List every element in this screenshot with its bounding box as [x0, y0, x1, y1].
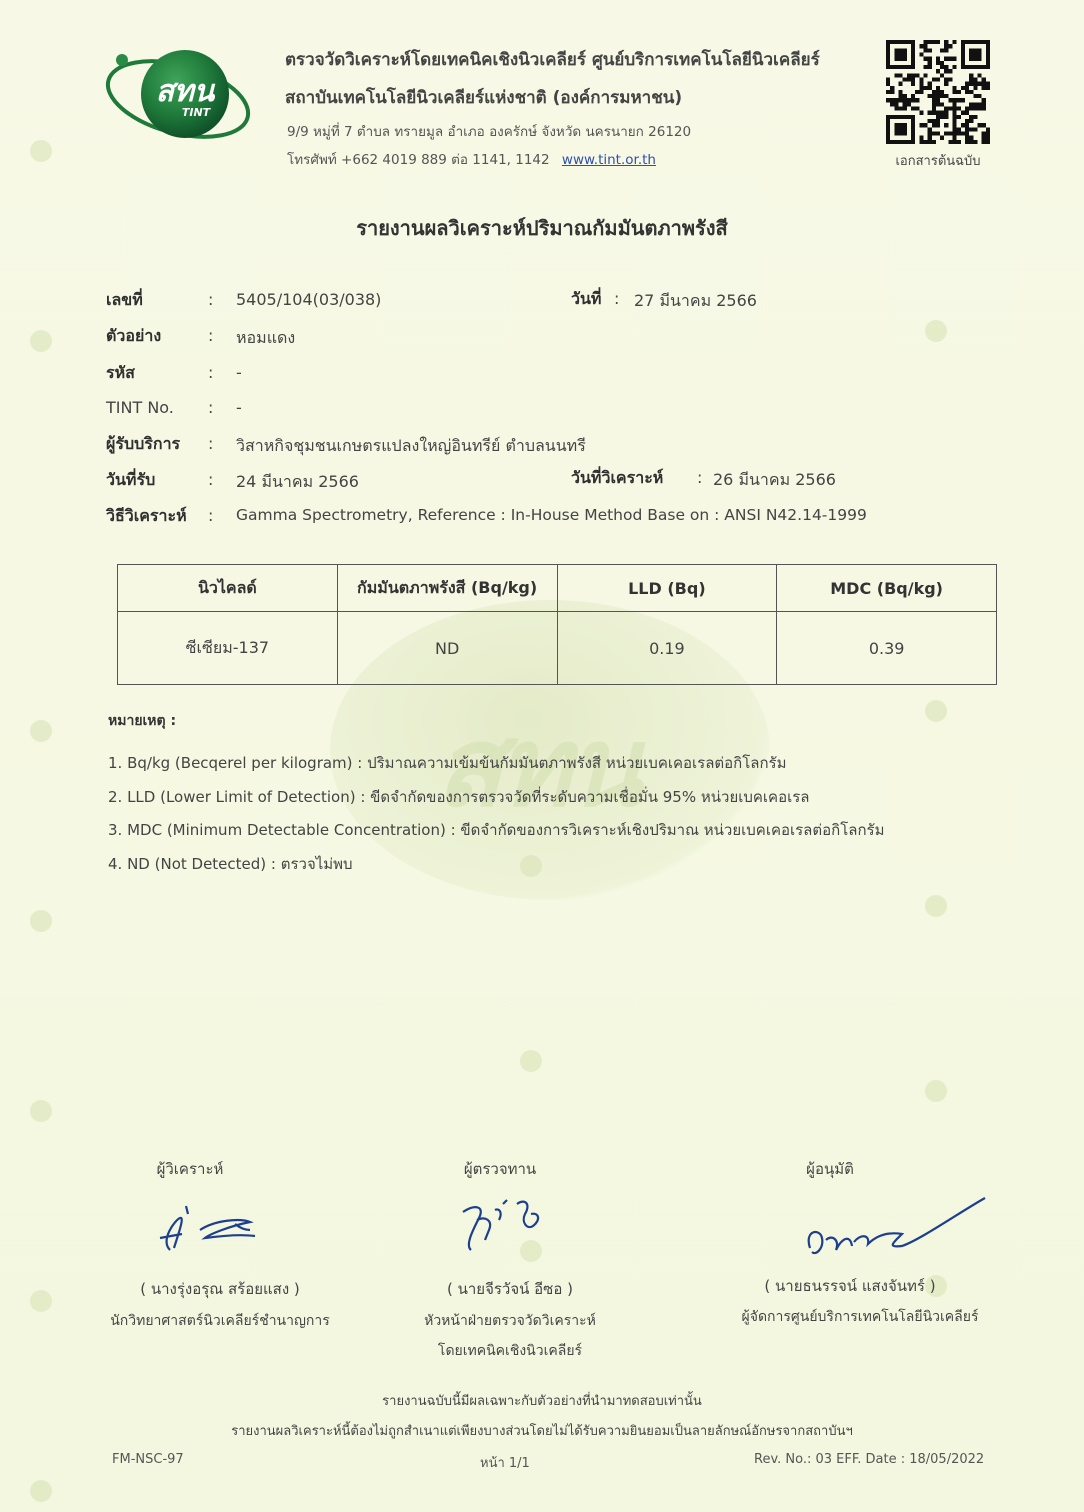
field-label: เลขที่ [106, 290, 143, 309]
notes-heading: หมายเหตุ : [108, 710, 176, 732]
field-value-report-no: 5405/104(03/038) [236, 290, 381, 309]
disclaimer-line-1: รายงานฉบับนี้มีผลเฉพาะกับตัวอย่างที่นำมา… [0, 1390, 1084, 1411]
signature-role-analyst: ผู้วิเคราะห์ [140, 1157, 240, 1181]
disclaimer-line-2: รายงานผลวิเคราะห์นี้ต้องไม่ถูกสำเนาแต่เพ… [0, 1420, 1084, 1441]
svg-text:สทน: สทน [156, 74, 216, 109]
watermark-dot [925, 1080, 947, 1102]
watermark-dot [30, 1100, 52, 1122]
field-value-tint-no: - [236, 398, 242, 417]
field-label: วันที่ [571, 289, 601, 308]
page-number: หน้า 1/1 [480, 1452, 530, 1473]
field-colon: : [208, 506, 213, 525]
signature-reviewer [455, 1190, 555, 1260]
field-colon: : [208, 434, 213, 453]
cell-lld: 0.19 [557, 612, 777, 685]
header-address: 9/9 หมู่ที่ 7 ตำบล ทรายมูล อำเภอ องครักษ… [287, 120, 691, 142]
field-label: วันที่วิเคราะห์ [571, 468, 663, 487]
header-contact: โทรศัพท์ +662 4019 889 ต่อ 1141, 1142 ww… [287, 148, 656, 170]
column-header-lld: LLD (Bq) [557, 565, 777, 612]
field-value-code: - [236, 363, 242, 382]
column-header-activity: กัมมันตภาพรังสี (Bq/kg) [337, 565, 557, 612]
signature-role-reviewer: ผู้ตรวจทาน [445, 1157, 555, 1181]
signature-approver [790, 1190, 990, 1265]
field-value-method: Gamma Spectrometry, Reference : In-House… [236, 506, 867, 524]
signature-position-approver: ผู้จัดการศูนย์บริการเทคโนโลยีนิวเคลียร์ [725, 1306, 995, 1328]
qr-caption: เอกสารต้นฉบับ [880, 150, 996, 171]
header-line-2: สถาบันเทคโนโลยีนิวเคลียร์แห่งชาติ (องค์ก… [285, 84, 682, 111]
field-value-client: วิสาหกิจชุมชนเกษตรแปลงใหญ่อินทรีย์ ตำบลน… [236, 434, 586, 459]
field-label: วันที่รับ [106, 470, 155, 489]
signature-name-analyst: ( นางรุ่งอรุณ สร้อยแสง ) [110, 1277, 330, 1301]
form-code: FM-NSC-97 [112, 1452, 184, 1467]
table-header-row: นิวไคลด์ กัมมันตภาพรังสี (Bq/kg) LLD (Bq… [118, 565, 997, 612]
watermark-dot [925, 895, 947, 917]
field-sample: ตัวอย่าง [106, 324, 161, 349]
report-title: รายงานผลวิเคราะห์ปริมาณกัมมันตภาพรังสี [0, 212, 1084, 244]
document-page: สทน สทน TINT ตรวจวัดวิเครา [0, 0, 1084, 1512]
watermark-dot [30, 1290, 52, 1312]
signature-position-reviewer-2: โดยเทคนิคเชิงนิวเคลียร์ [385, 1340, 635, 1362]
note-item: 1. Bq/kg (Becqerel per kilogram) : ปริมา… [108, 751, 787, 775]
field-code: รหัส [106, 361, 135, 386]
tint-logo: สทน TINT [100, 44, 255, 144]
signature-name-reviewer: ( นายจีรวัจน์ อีซอ ) [400, 1277, 620, 1301]
cell-nuclide: ซีเซียม-137 [118, 612, 338, 685]
header-phone: โทรศัพท์ +662 4019 889 ต่อ 1141, 1142 [287, 152, 550, 168]
field-client: ผู้รับบริการ [106, 432, 180, 457]
watermark-dot [30, 330, 52, 352]
signature-analyst [150, 1200, 260, 1260]
field-label: รหัส [106, 363, 135, 382]
cell-activity: ND [337, 612, 557, 685]
field-colon: : [208, 363, 213, 382]
field-colon: : [208, 326, 213, 345]
signature-role-approver: ผู้อนุมัติ [780, 1157, 880, 1181]
watermark-dot [30, 1480, 52, 1502]
field-method: วิธีวิเคราะห์ [106, 504, 187, 529]
field-value-date: 27 มีนาคม 2566 [634, 289, 757, 314]
field-colon: : [697, 468, 702, 487]
signature-position-analyst: นักวิทยาศาสตร์นิวเคลียร์ชำนาญการ [95, 1310, 345, 1332]
note-item: 3. MDC (Minimum Detectable Concentration… [108, 818, 884, 842]
field-colon: : [208, 398, 213, 417]
field-date: วันที่ [571, 287, 601, 312]
signature-position-reviewer: หัวหน้าฝ่ายตรวจวัดวิเคราะห์ [385, 1310, 635, 1332]
field-colon: : [614, 289, 619, 308]
field-label: TINT No. [106, 398, 174, 417]
watermark-dot [30, 910, 52, 932]
column-header-nuclide: นิวไคลด์ [118, 565, 338, 612]
field-label: ตัวอย่าง [106, 326, 161, 345]
signature-name-approver: ( นายธนรรจน์ แสงจันทร์ ) [740, 1274, 960, 1298]
field-received: วันที่รับ [106, 468, 155, 493]
field-report-no: เลขที่ [106, 288, 143, 313]
svg-text:TINT: TINT [182, 106, 212, 119]
watermark-dot [520, 855, 542, 877]
table-row: ซีเซียม-137 ND 0.19 0.39 [118, 612, 997, 685]
field-tint-no: TINT No. [106, 398, 174, 417]
qr-code[interactable] [886, 40, 990, 144]
field-analyzed: วันที่วิเคราะห์ [571, 466, 663, 491]
watermark-dot [30, 140, 52, 162]
field-label: ผู้รับบริการ [106, 434, 180, 453]
results-table: นิวไคลด์ กัมมันตภาพรังสี (Bq/kg) LLD (Bq… [117, 564, 997, 685]
watermark-dot [925, 320, 947, 342]
website-link[interactable]: www.tint.or.th [562, 152, 656, 168]
note-item: 2. LLD (Lower Limit of Detection) : ขีดจ… [108, 785, 809, 809]
watermark-dot [925, 700, 947, 722]
field-value-sample: หอมแดง [236, 326, 295, 351]
watermark-dot [520, 1050, 542, 1072]
note-item: 4. ND (Not Detected) : ตรวจไม่พบ [108, 852, 353, 876]
field-value-analyzed: 26 มีนาคม 2566 [713, 468, 836, 493]
field-value-received: 24 มีนาคม 2566 [236, 470, 359, 495]
field-label: วิธีวิเคราะห์ [106, 506, 187, 525]
watermark-dot [30, 720, 52, 742]
revision-info: Rev. No.: 03 EFF. Date : 18/05/2022 [754, 1452, 984, 1467]
cell-mdc: 0.39 [777, 612, 997, 685]
field-colon: : [208, 290, 213, 309]
field-colon: : [208, 470, 213, 489]
column-header-mdc: MDC (Bq/kg) [777, 565, 997, 612]
header-line-1: ตรวจวัดวิเคราะห์โดยเทคนิคเชิงนิวเคลียร์ … [285, 46, 820, 73]
